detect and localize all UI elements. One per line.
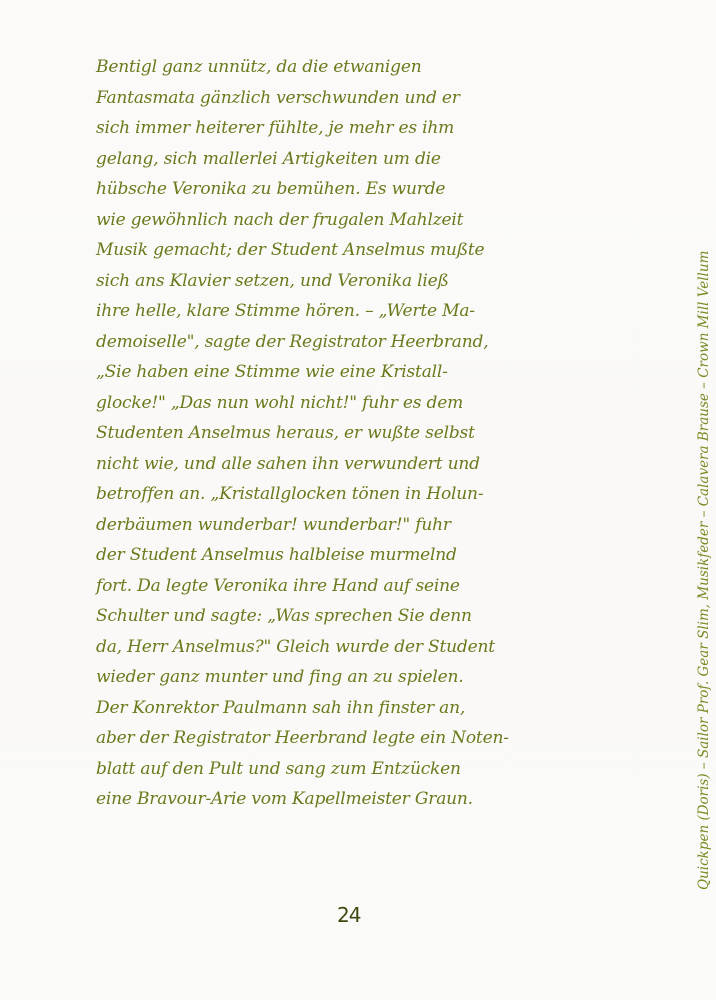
text-line: Musik gemacht; der Student Anselmus mußt…	[96, 235, 636, 266]
text-line: Schulter und sagte: „Was sprechen Sie de…	[96, 601, 636, 632]
text-line: wieder ganz munter und fing an zu spiele…	[96, 662, 636, 693]
text-line: sich ans Klavier setzen, und Veronika li…	[96, 266, 636, 297]
text-line: aber der Registrator Heerbrand legte ein…	[96, 723, 636, 754]
text-line: blatt auf den Pult und sang zum Entzücke…	[96, 754, 636, 785]
text-line: Studenten Anselmus heraus, er wußte selb…	[96, 418, 636, 449]
text-line: da, Herr Anselmus?" Gleich wurde der Stu…	[96, 632, 636, 663]
text-line: nicht wie, und alle sahen ihn verwundert…	[96, 449, 636, 480]
text-line: betroffen an. „Kristallglocken tönen in …	[96, 479, 636, 510]
text-line: der Student Anselmus halbleise murmelnd	[96, 540, 636, 571]
vertical-side-note: Quickpen (Doris) – Sailor Prof. Gear Sli…	[694, 40, 714, 890]
text-line: gelang, sich mallerlei Artigkeiten um di…	[96, 144, 636, 175]
text-line: fort. Da legte Veronika ihre Hand auf se…	[96, 571, 636, 602]
text-line: wie gewöhnlich nach der frugalen Mahlzei…	[96, 205, 636, 236]
text-line: ihre helle, klare Stimme hören. – „Werte…	[96, 296, 636, 327]
page-number: 24	[337, 903, 360, 927]
manuscript-page: Bentigl ganz unnütz, da die etwanigen Fa…	[0, 0, 716, 1000]
text-line: derbäumen wunderbar! wunderbar!" fuhr	[96, 510, 636, 541]
text-line: Fantasmata gänzlich verschwunden und er	[96, 83, 636, 114]
text-line: sich immer heiterer fühlte, je mehr es i…	[96, 113, 636, 144]
text-line: glocke!" „Das nun wohl nicht!" fuhr es d…	[96, 388, 636, 419]
text-line: „Sie haben eine Stimme wie eine Kristall…	[96, 357, 636, 388]
handwritten-body-text: Bentigl ganz unnütz, da die etwanigen Fa…	[96, 52, 641, 815]
text-line: Bentigl ganz unnütz, da die etwanigen	[96, 52, 636, 83]
text-line: demoiselle", sagte der Registrator Heerb…	[96, 327, 636, 358]
text-line: hübsche Veronika zu bemühen. Es wurde	[96, 174, 636, 205]
text-line: Der Konrektor Paulmann sah ihn finster a…	[96, 693, 636, 724]
text-line: eine Bravour-Arie vom Kapellmeister Grau…	[96, 784, 636, 815]
